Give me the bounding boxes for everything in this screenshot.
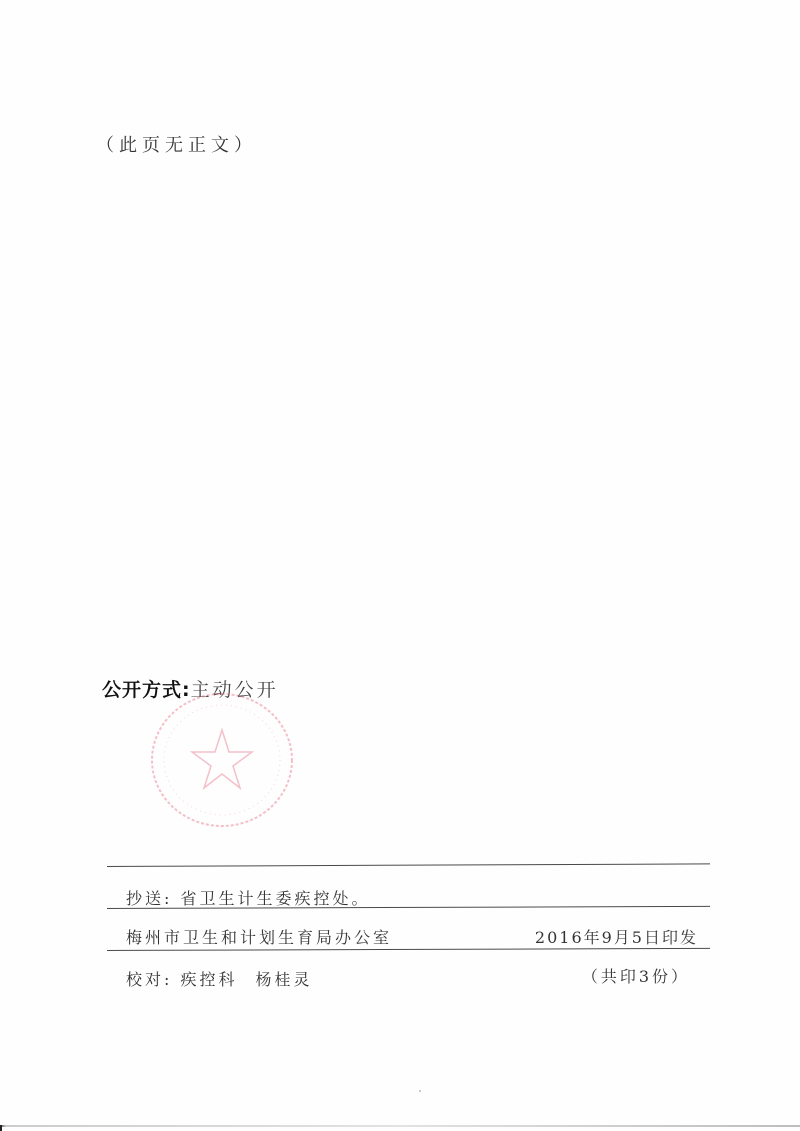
- proofread-row: 校对: 疾控科杨桂灵: [126, 967, 313, 990]
- scan-corner: [0, 1125, 2, 1131]
- scan-speck: [419, 1090, 421, 1092]
- proofread-dept: 疾控科: [181, 970, 238, 989]
- proofread-person: 杨桂灵: [256, 970, 313, 989]
- issue-date: 2016年9月5日印发: [535, 925, 698, 948]
- cc-label: 抄送:: [126, 889, 172, 908]
- copies-count: （共印3份）: [582, 964, 690, 987]
- cc-value: 省卫生计生委疾控处。: [181, 889, 371, 908]
- proofread-label: 校对:: [126, 970, 172, 989]
- issuer: 梅州市卫生和计划生育局办公室: [126, 925, 392, 948]
- cc-row: 抄送: 省卫生计生委疾控处。: [126, 886, 371, 909]
- no-body-note: （此页无正文）: [96, 131, 257, 157]
- red-star-seal-icon: [147, 690, 297, 830]
- footer-divider-bottom: [107, 948, 710, 951]
- document-page: （此页无正文） 公开方式:主动公开 抄送: 省卫生计生委疾控处。 梅州市卫生和计…: [0, 0, 800, 1131]
- scan-edge: [0, 1125, 800, 1127]
- footer-divider-top: [107, 863, 710, 867]
